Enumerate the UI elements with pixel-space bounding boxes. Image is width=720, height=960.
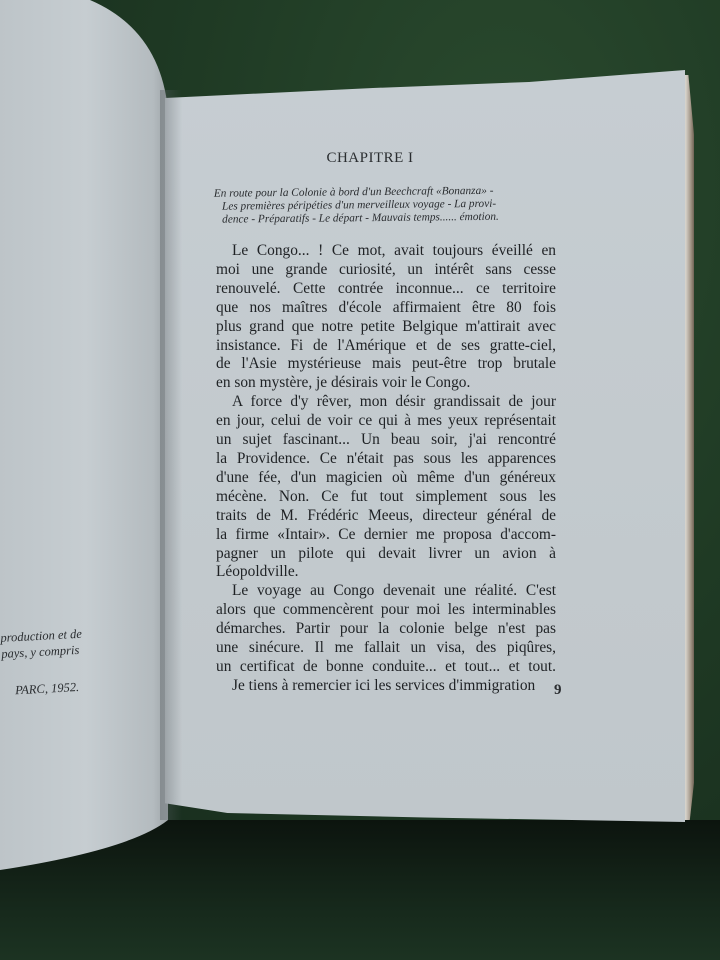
body-line: en jour, celui de voir ce qui à mes yeux… bbox=[216, 412, 556, 431]
book-spine-shadow bbox=[160, 90, 182, 820]
left-book-page bbox=[0, 0, 170, 870]
chapter-title: CHAPITRE I bbox=[210, 150, 530, 167]
body-line: de l'Asie mystérieuse mais peut-être tro… bbox=[216, 355, 556, 374]
body-line: en son mystère, je désirais voir le Cong… bbox=[216, 374, 556, 393]
body-line: mécène. Non. Ce fut tout simplement sous… bbox=[216, 488, 556, 507]
body-line: que nos maîtres d'école affirmaient être… bbox=[216, 299, 556, 318]
left-page-line: pays, y compris bbox=[1, 642, 83, 662]
left-page-text: production et de pays, y compris PARC, 1… bbox=[0, 626, 85, 699]
body-line: pagner un pilote qui devait livrer un av… bbox=[216, 545, 556, 564]
body-line: Je tiens à remercier ici les services d'… bbox=[216, 677, 556, 696]
body-line: démarches. Partir pour la colonie belge … bbox=[216, 620, 556, 639]
chapter-summary: En route pour la Colonie à bord d'un Bee… bbox=[214, 184, 544, 226]
body-line: un certificat de bonne conduite... et to… bbox=[216, 658, 556, 677]
body-line: Le Congo... ! Ce mot, avait toujours éve… bbox=[216, 242, 556, 261]
body-line: renouvelé. Cette contrée inconnue... ce … bbox=[216, 280, 556, 299]
body-line: moi une grande curiosité, un intérêt san… bbox=[216, 261, 556, 280]
body-line: d'une fée, d'un magicien où même d'un gé… bbox=[216, 469, 556, 488]
body-line: traits de M. Frédéric Meeus, directeur g… bbox=[216, 507, 556, 526]
body-line: la firme «Intair». Ce dernier me proposa… bbox=[216, 526, 556, 545]
body-line: plus grand que notre petite Belgique m'a… bbox=[216, 318, 556, 337]
body-line: Le voyage au Congo devenait une réalité.… bbox=[216, 582, 556, 601]
body-line: Léopoldville. bbox=[216, 563, 556, 582]
page-number: 9 bbox=[554, 682, 562, 699]
body-line: la Providence. Ce n'était pas sous les a… bbox=[216, 450, 556, 469]
body-line: alors que commencèrent pour moi les inte… bbox=[216, 601, 556, 620]
chapter-body-text: Le Congo... ! Ce mot, avait toujours éve… bbox=[216, 242, 556, 696]
body-line: insistance. Fi de l'Amérique et de ses g… bbox=[216, 337, 556, 356]
body-line: une sinécure. Il me fallait un visa, des… bbox=[216, 639, 556, 658]
body-line: un sujet fascinant... Un beau soir, j'ai… bbox=[216, 431, 556, 450]
body-line: A force d'y rêver, mon désir grandissait… bbox=[216, 393, 556, 412]
